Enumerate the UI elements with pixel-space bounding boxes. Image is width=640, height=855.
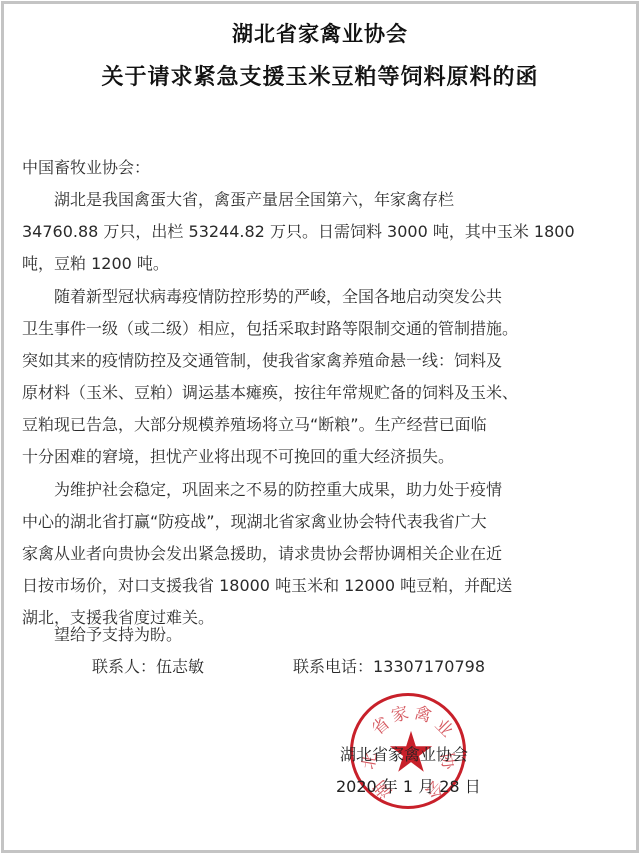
paragraph2-line6: 十分困难的窘境，担忧产业将出现不可挽回的重大经济损失。 [22, 444, 454, 467]
contact-person-name: 伍志敏 [156, 657, 204, 676]
contact-phone-label: 联系电话： [293, 657, 373, 676]
contact-phone: 联系电话：13307170798 [293, 654, 485, 677]
signature-date: 2020 年 1 月 28 日 [336, 774, 481, 797]
paragraph2-line4: 原材料（玉米、豆粕）调运基本瘫痪，按往年常规贮备的饲料及玉米、 [22, 380, 518, 403]
org-title: 湖北省家禽业协会 [0, 18, 640, 48]
paragraph3-line2: 中心的湖北省打赢“防疫战”，现湖北省家禽业协会特代表我省广大 [22, 509, 487, 532]
paragraph2-line5: 豆粕现已告急，大部分规模养殖场将立马“断粮”。生产经营已面临 [22, 412, 487, 435]
letter-subject: 关于请求紧急支援玉米豆粕等饲料原料的函 [0, 60, 640, 91]
paragraph3-line1: 为维护社会稳定，巩固来之不易的防控重大成果，助力处于疫情 [22, 477, 502, 500]
paragraph3-line4: 日按市场价，对口支援我省 18000 吨玉米和 12000 吨豆粕，并配送 [22, 573, 512, 596]
paragraph3-line3: 家禽从业者向贵协会发出紧急援助，请求贵协会帮协调相关企业在近 [22, 541, 502, 564]
contact-person: 联系人：伍志敏 [92, 654, 204, 677]
closing-line: 望给予支持为盼。 [22, 622, 182, 645]
paragraph2-line1: 随着新型冠状病毒疫情防控形势的严峻，全国各地启动突发公共 [22, 284, 502, 307]
seal-char: 家 [388, 698, 411, 727]
salutation: 中国畜牧业协会： [22, 155, 150, 178]
contact-person-label: 联系人： [92, 657, 156, 676]
signature-org: 湖北省家禽业协会 [340, 742, 468, 765]
paragraph1-line3: 吨，豆粕 1200 吨。 [22, 251, 169, 274]
paragraph2-line2: 卫生事件一级（或二级）相应，包括采取封路等限制交通的管制措施。 [22, 316, 518, 339]
paragraph1-line1: 湖北是我国禽蛋大省，禽蛋产量居全国第六，年家禽存栏 [22, 187, 454, 210]
contact-phone-number: 13307170798 [373, 657, 485, 676]
paragraph1-line2: 34760.88 万只，出栏 53244.82 万只。日需饲料 3000 吨，其… [22, 219, 575, 242]
paragraph2-line3: 突如其来的疫情防控及交通管制，使我省家禽养殖命悬一线：饲料及 [22, 348, 502, 371]
seal-char: 禽 [412, 698, 435, 727]
